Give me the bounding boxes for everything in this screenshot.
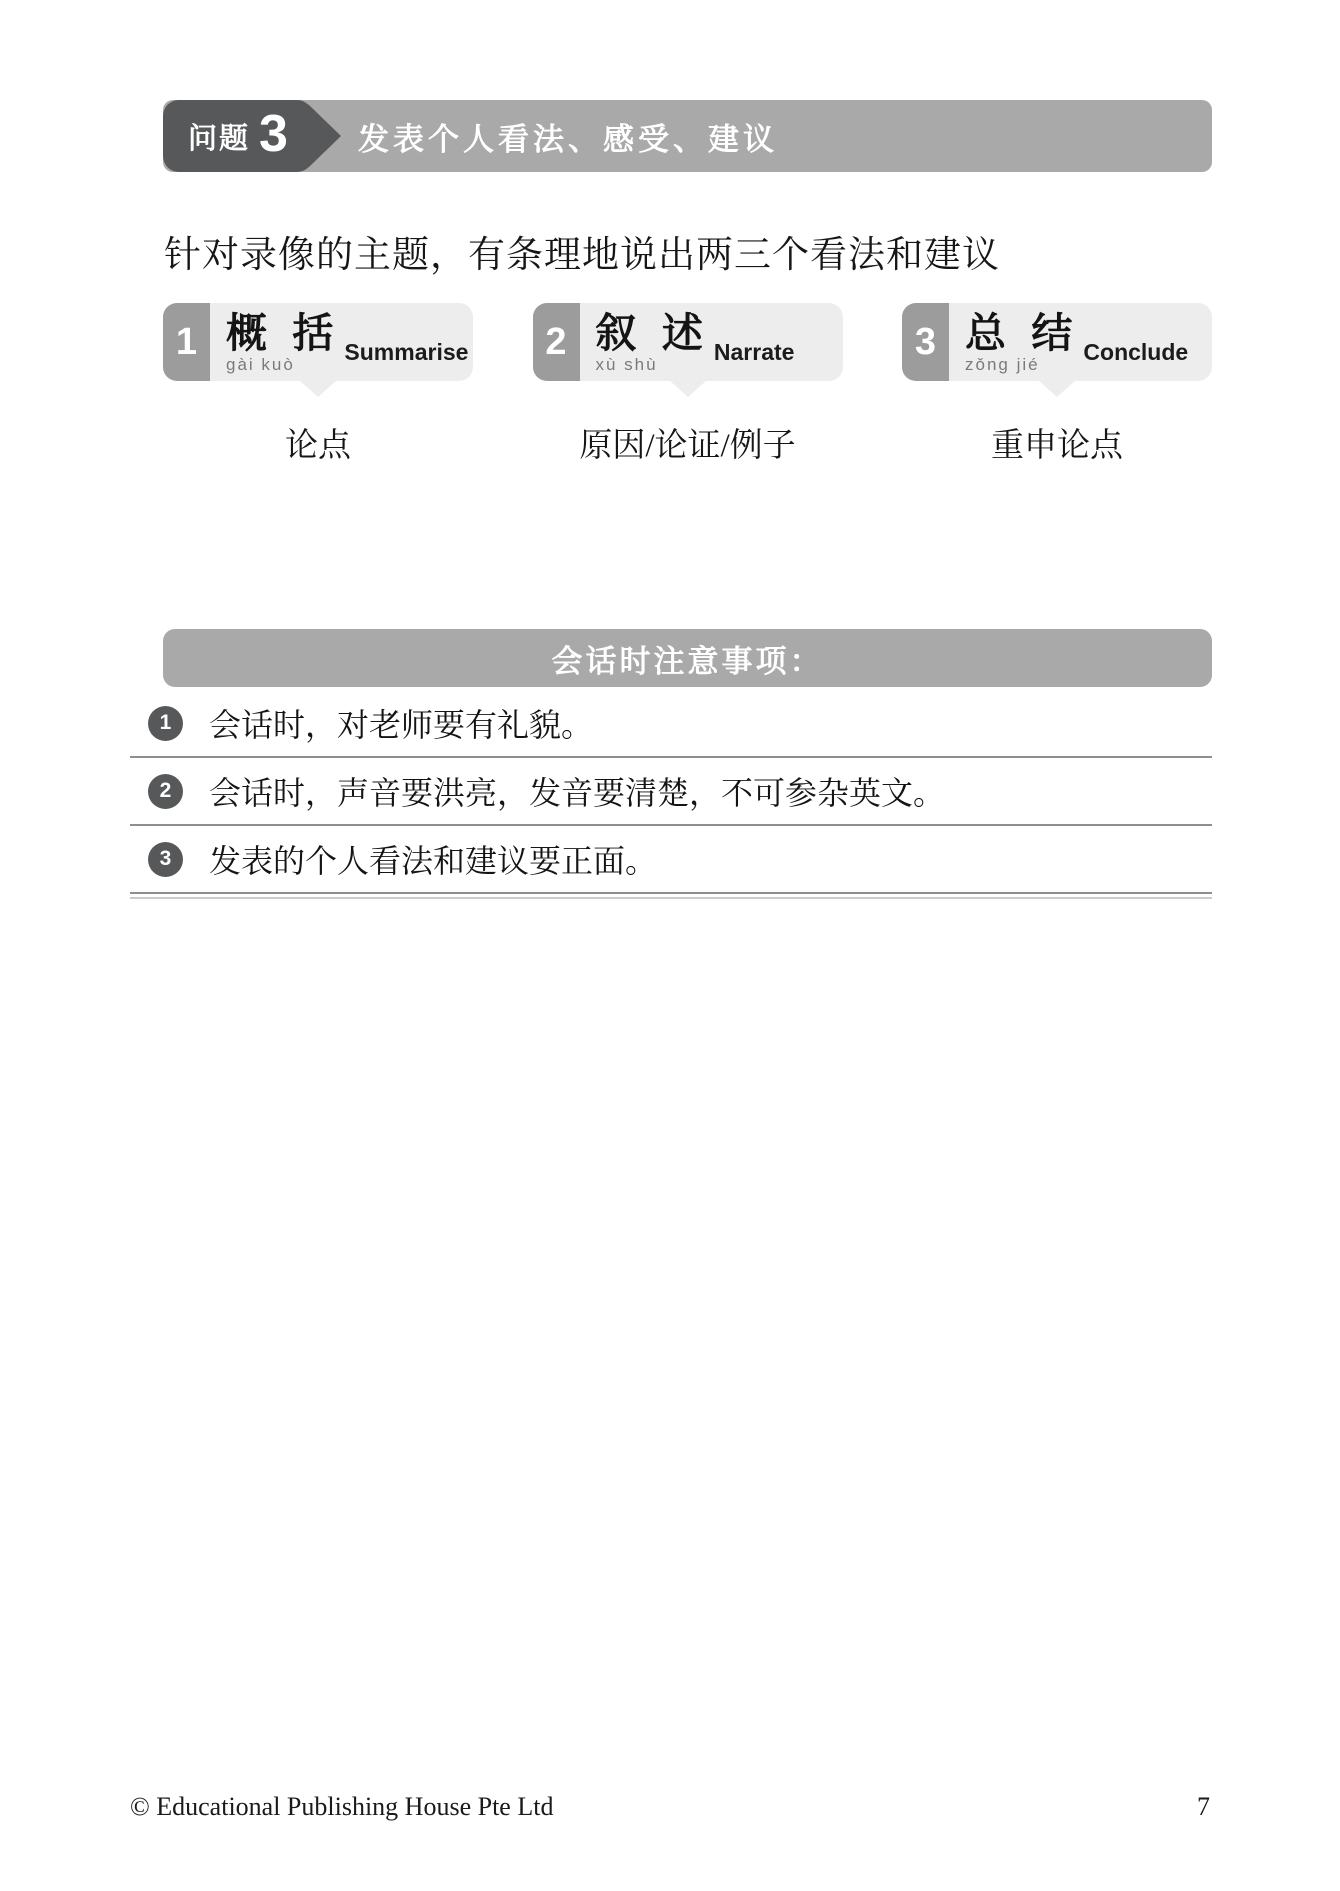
step-word: 总 结 zǒng jié (965, 309, 1079, 375)
step-pinyin: gài kuò (226, 355, 340, 375)
step-hanzi: 概 括 (226, 313, 340, 354)
copyright-text: © Educational Publishing House Pte Ltd (130, 1792, 553, 1822)
item-number-badge: 3 (148, 842, 183, 877)
triangle-down-icon (299, 380, 337, 397)
arrow-right-icon (309, 105, 341, 167)
item-text: 会话时，对老师要有礼貌。 (209, 700, 593, 746)
step-summarise: 1 概 括 gài kuò Summarise 论点 (163, 303, 473, 466)
step-number-badge: 1 (163, 303, 210, 381)
question-tab-number: 3 (259, 108, 288, 165)
question-tab-label: 问题 (188, 116, 250, 157)
steps-row: 1 概 括 gài kuò Summarise 论点 2 叙 述 xù shù … (163, 303, 1212, 466)
step-pinyin: xù shù (596, 355, 710, 375)
item-text: 发表的个人看法和建议要正面。 (209, 836, 657, 882)
notice-banner: 会话时注意事项： (163, 629, 1212, 687)
step-hanzi: 总 结 (965, 313, 1079, 354)
step-box: 3 总 结 zǒng jié Conclude (902, 303, 1212, 381)
question-number-tab: 问题 3 (163, 100, 313, 172)
question-title: 发表个人看法、感受、建议 (358, 100, 778, 172)
list-item: 2 会话时，声音要洪亮，发音要清楚，不可参杂英文。 (130, 758, 1212, 826)
notice-list: 1 会话时，对老师要有礼貌。 2 会话时，声音要洪亮，发音要清楚，不可参杂英文。… (130, 690, 1212, 899)
step-english: Conclude (1083, 339, 1188, 366)
step-number-badge: 2 (533, 303, 580, 381)
step-english: Narrate (714, 339, 795, 366)
step-narrate: 2 叙 述 xù shù Narrate 原因/论证/例子 (533, 303, 843, 466)
triangle-down-icon (669, 380, 707, 397)
step-conclude: 3 总 结 zǒng jié Conclude 重申论点 (902, 303, 1212, 466)
triangle-down-icon (1038, 380, 1076, 397)
list-end-divider (130, 894, 1212, 899)
list-item: 3 发表的个人看法和建议要正面。 (130, 826, 1212, 894)
page-number: 7 (1197, 1792, 1210, 1822)
step-caption: 论点 (163, 419, 473, 466)
step-english: Summarise (344, 339, 468, 366)
step-number-badge: 3 (902, 303, 949, 381)
step-hanzi: 叙 述 (596, 313, 710, 354)
step-pinyin: zǒng jié (965, 355, 1079, 375)
instruction-text: 针对录像的主题，有条理地说出两三个看法和建议 (164, 224, 1000, 278)
page-footer: © Educational Publishing House Pte Ltd 7 (130, 1792, 1210, 1822)
step-word: 概 括 gài kuò (226, 309, 340, 375)
step-box: 1 概 括 gài kuò Summarise (163, 303, 473, 381)
step-caption: 重申论点 (902, 419, 1212, 466)
item-number-badge: 2 (148, 774, 183, 809)
item-text: 会话时，声音要洪亮，发音要清楚，不可参杂英文。 (209, 768, 945, 814)
step-caption: 原因/论证/例子 (533, 419, 843, 466)
step-word: 叙 述 xù shù (596, 309, 710, 375)
step-box: 2 叙 述 xù shù Narrate (533, 303, 843, 381)
item-number-badge: 1 (148, 706, 183, 741)
list-item: 1 会话时，对老师要有礼貌。 (130, 690, 1212, 758)
textbook-page: 发表个人看法、感受、建议 问题 3 针对录像的主题，有条理地说出两三个看法和建议… (0, 0, 1340, 1891)
question-header: 发表个人看法、感受、建议 问题 3 (163, 100, 1212, 172)
